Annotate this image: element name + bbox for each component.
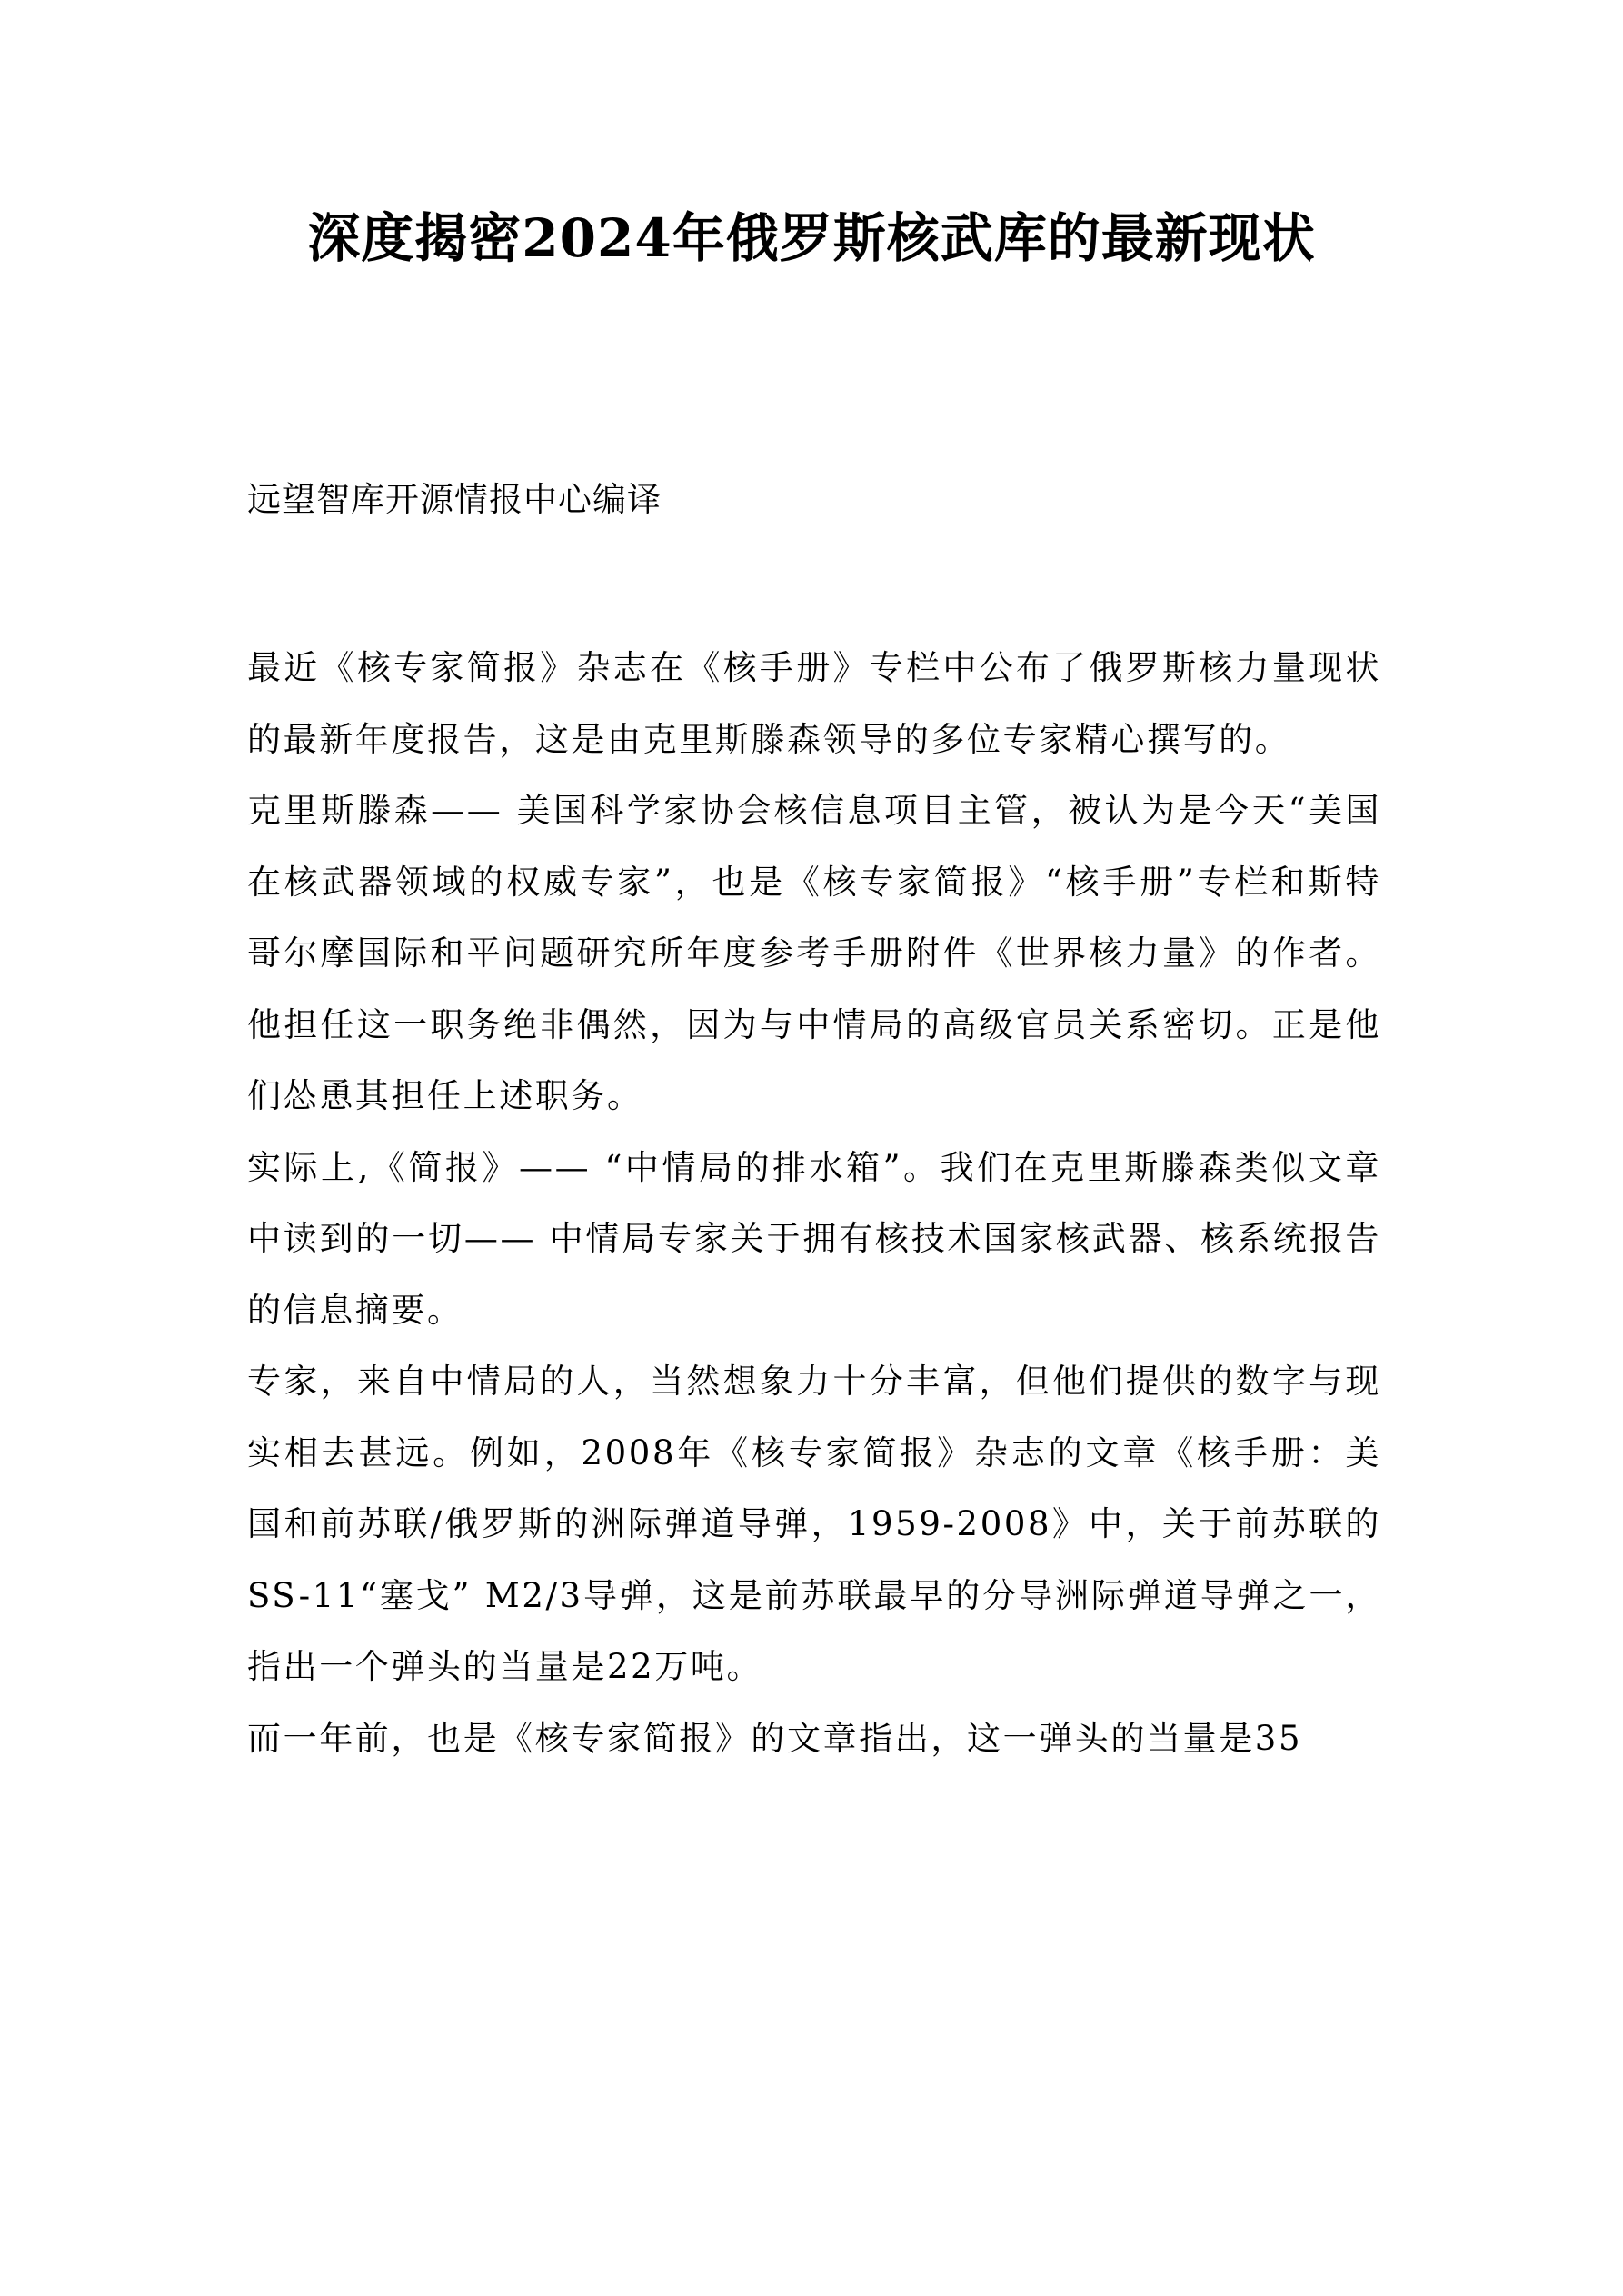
byline: 远望智库开源情报中心编译 [247,473,662,527]
document-page: 深度揭密2024年俄罗斯核武库的最新现状 远望智库开源情报中心编译 最近《核专家… [0,0,1623,2296]
document-body: 最近《核专家简报》杂志在《核手册》专栏中公布了俄罗斯核力量现状的最新年度报告，这… [247,633,1381,1774]
paragraph: 实际上,《简报》—— “中情局的排水箱”。我们在克里斯滕森类似文章中读到的一切—… [247,1133,1381,1347]
paragraph: 而一年前，也是《核专家简报》的文章指出，这一弹头的当量是35 [247,1703,1381,1775]
paragraph: 专家，来自中情局的人，当然想象力十分丰富，但他们提供的数字与现实相去甚远。例如，… [247,1346,1381,1703]
paragraph: 最近《核专家简报》杂志在《核手册》专栏中公布了俄罗斯核力量现状的最新年度报告，这… [247,633,1381,775]
paragraph: 克里斯滕森—— 美国科学家协会核信息项目主管，被认为是今天“美国在核武器领域的权… [247,775,1381,1133]
document-title: 深度揭密2024年俄罗斯核武库的最新现状 [0,202,1623,275]
